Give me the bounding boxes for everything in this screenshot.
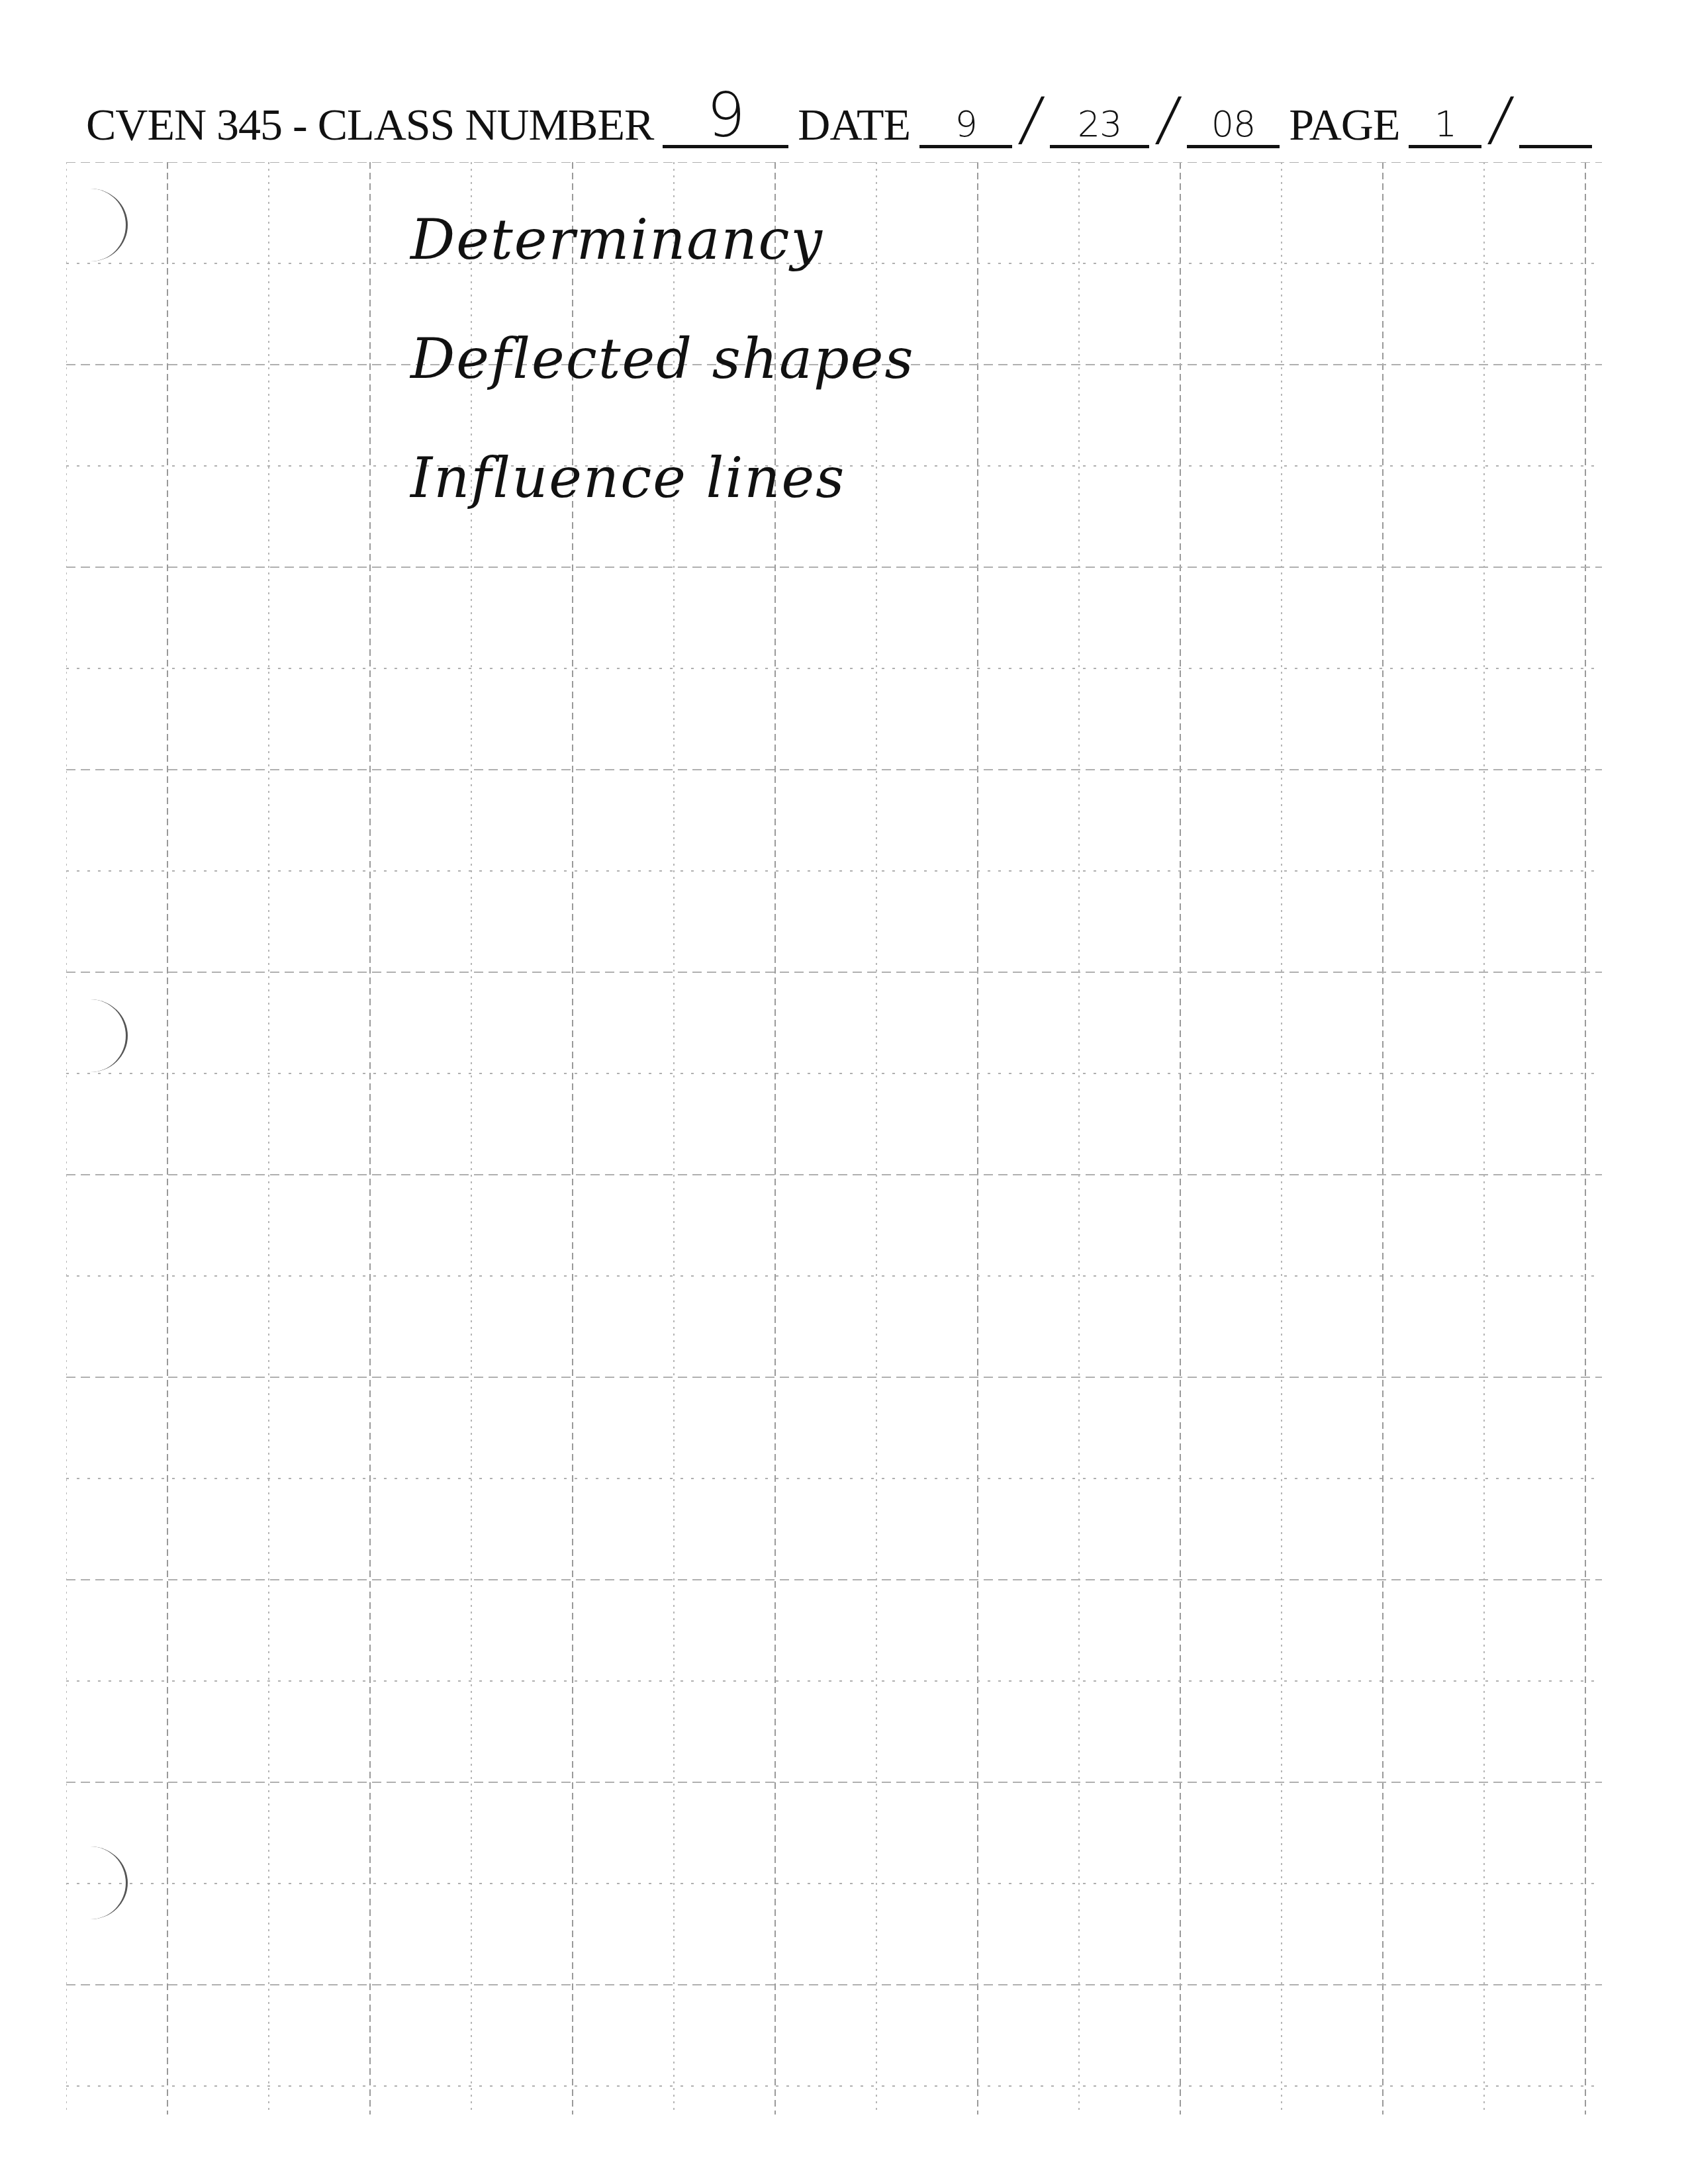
page-separator: /	[1486, 85, 1515, 158]
note-line: Deflected shapes	[410, 331, 915, 387]
date-label: DATE	[798, 102, 910, 158]
binder-hole-top	[53, 189, 128, 261]
date-month-value: 9	[919, 107, 1012, 142]
date-day-value: 23	[1050, 107, 1149, 142]
date-month-field: 9	[919, 79, 1012, 148]
course-label: CVEN 345 - CLASS NUMBER	[86, 102, 653, 158]
date-year-value: 08	[1187, 107, 1280, 142]
date-year-field: 08	[1187, 79, 1280, 148]
binder-hole-bottom	[53, 1846, 128, 1919]
binder-hole-middle	[53, 999, 128, 1072]
class-number-value: 9	[663, 85, 788, 146]
note-line: Influence lines	[410, 450, 845, 506]
page-label: PAGE	[1289, 102, 1399, 158]
date-day-field: 23	[1050, 79, 1149, 148]
note-line: Determinancy	[410, 212, 823, 267]
class-number-field: 9	[663, 79, 788, 148]
page-number-field: 1	[1409, 79, 1481, 148]
date-separator: /	[1153, 85, 1182, 158]
date-separator: /	[1016, 85, 1045, 158]
page-number-value: 1	[1409, 107, 1481, 142]
page-total-field	[1519, 79, 1592, 148]
page-header: CVEN 345 - CLASS NUMBER 9 DATE 9 / 23 / …	[86, 78, 1601, 158]
